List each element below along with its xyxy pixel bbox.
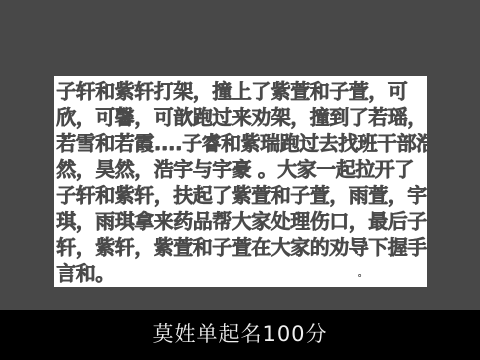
caption-bar: 莫姓单起名100分 [0,310,480,360]
story-line: 欣，可馨，可歆跑过来劝架，撞到了若瑶， [56,104,427,130]
stray-period-mark: 。 [358,270,367,279]
story-line: 琪，雨琪拿来药品帮大家处理伤口，最后子 [56,208,427,234]
story-line: 言和。 [56,260,427,286]
story-line: 若雪和若霞....子睿和紫瑞跑过去找班干部浩 [56,130,427,156]
image-background: 子轩和紫轩打架，撞上了紫萱和子萱，可 欣，可馨，可歆跑过来劝架，撞到了若瑶， 若… [0,0,480,360]
story-text-block: 子轩和紫轩打架，撞上了紫萱和子萱，可 欣，可馨，可歆跑过来劝架，撞到了若瑶， 若… [56,78,427,286]
story-panel: 子轩和紫轩打架，撞上了紫萱和子萱，可 欣，可馨，可歆跑过来劝架，撞到了若瑶， 若… [54,76,427,287]
story-line: 轩，紫轩，紫萱和子萱在大家的劝导下握手 [56,234,427,260]
story-line: 然，昊然，浩宇与宇豪 。大家一起拉开了 [56,156,427,182]
story-line: 子轩和紫轩打架，撞上了紫萱和子萱，可 [56,78,427,104]
story-line: 子轩和紫轩，扶起了紫萱和子萱，雨萱，宇 [56,182,427,208]
caption-text: 莫姓单起名100分 [152,318,327,348]
